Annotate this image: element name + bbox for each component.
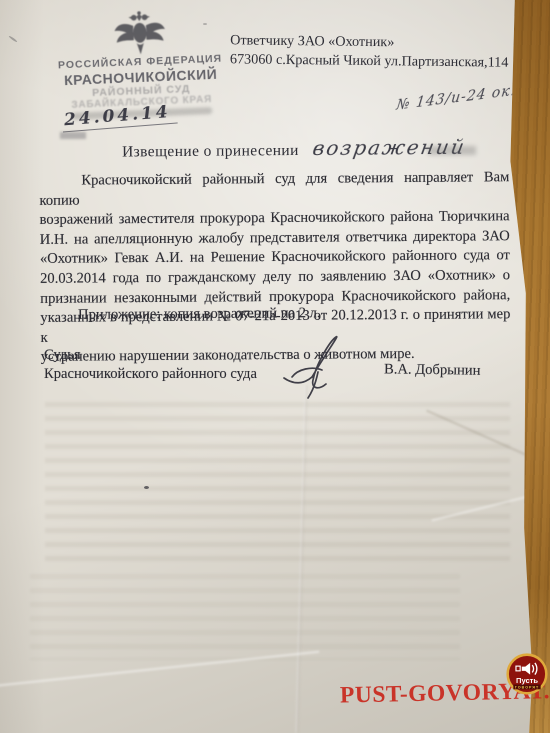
coat-of-arms-eagle-icon — [112, 5, 168, 57]
reverse-side-show-through — [45, 393, 510, 563]
judge-signature — [278, 328, 352, 402]
signature-role: Судья Красночикойского районного суда — [44, 346, 257, 383]
attachment-line: Приложение: копия возражений на 2 л. — [78, 305, 321, 324]
ink-speck — [8, 35, 17, 42]
signature-role-line: Судья — [44, 346, 257, 365]
tv-show-logo-icon: Пусть ГОВОРЯТ — [506, 653, 548, 695]
ink-speck — [203, 23, 207, 25]
recipient-address: Ответчику ЗАО «Охотник» 673060 с.Красный… — [230, 31, 509, 71]
signature-role-line: Красночикойского районного суда — [44, 365, 257, 384]
ink-speck — [144, 486, 149, 489]
handwriting-smudge — [60, 132, 86, 139]
reverse-side-show-through — [30, 565, 460, 660]
body-paragraph: Красночикойский районный суд для сведени… — [39, 168, 511, 368]
logo-word-govoryat: ГОВОРЯТ — [515, 685, 539, 689]
document-title: Извещение о принесениивозражений — [122, 135, 466, 162]
title-typed-text: Извещение о принесении — [122, 142, 299, 161]
paper-sheet: РОССИЙСКАЯ ФЕДЕРАЦИЯ КРАСНОЧИКОЙСКИЙ РАЙ… — [0, 0, 550, 733]
body-line: Красночикойский районный суд для сведени… — [39, 168, 509, 211]
pencil-smudge — [428, 146, 476, 155]
judge-name: В.А. Добрынин — [384, 361, 481, 379]
logo-word-pust: Пусть — [516, 676, 538, 685]
handwritten-ref-number: № 143/и-24 ок. — [395, 82, 517, 113]
photographed-document: РОССИЙСКАЯ ФЕДЕРАЦИЯ КРАСНОЧИКОЙСКИЙ РАЙ… — [0, 0, 550, 733]
recipient-line: 673060 с.Красный Чикой ул.Партизанская,1… — [230, 50, 509, 72]
